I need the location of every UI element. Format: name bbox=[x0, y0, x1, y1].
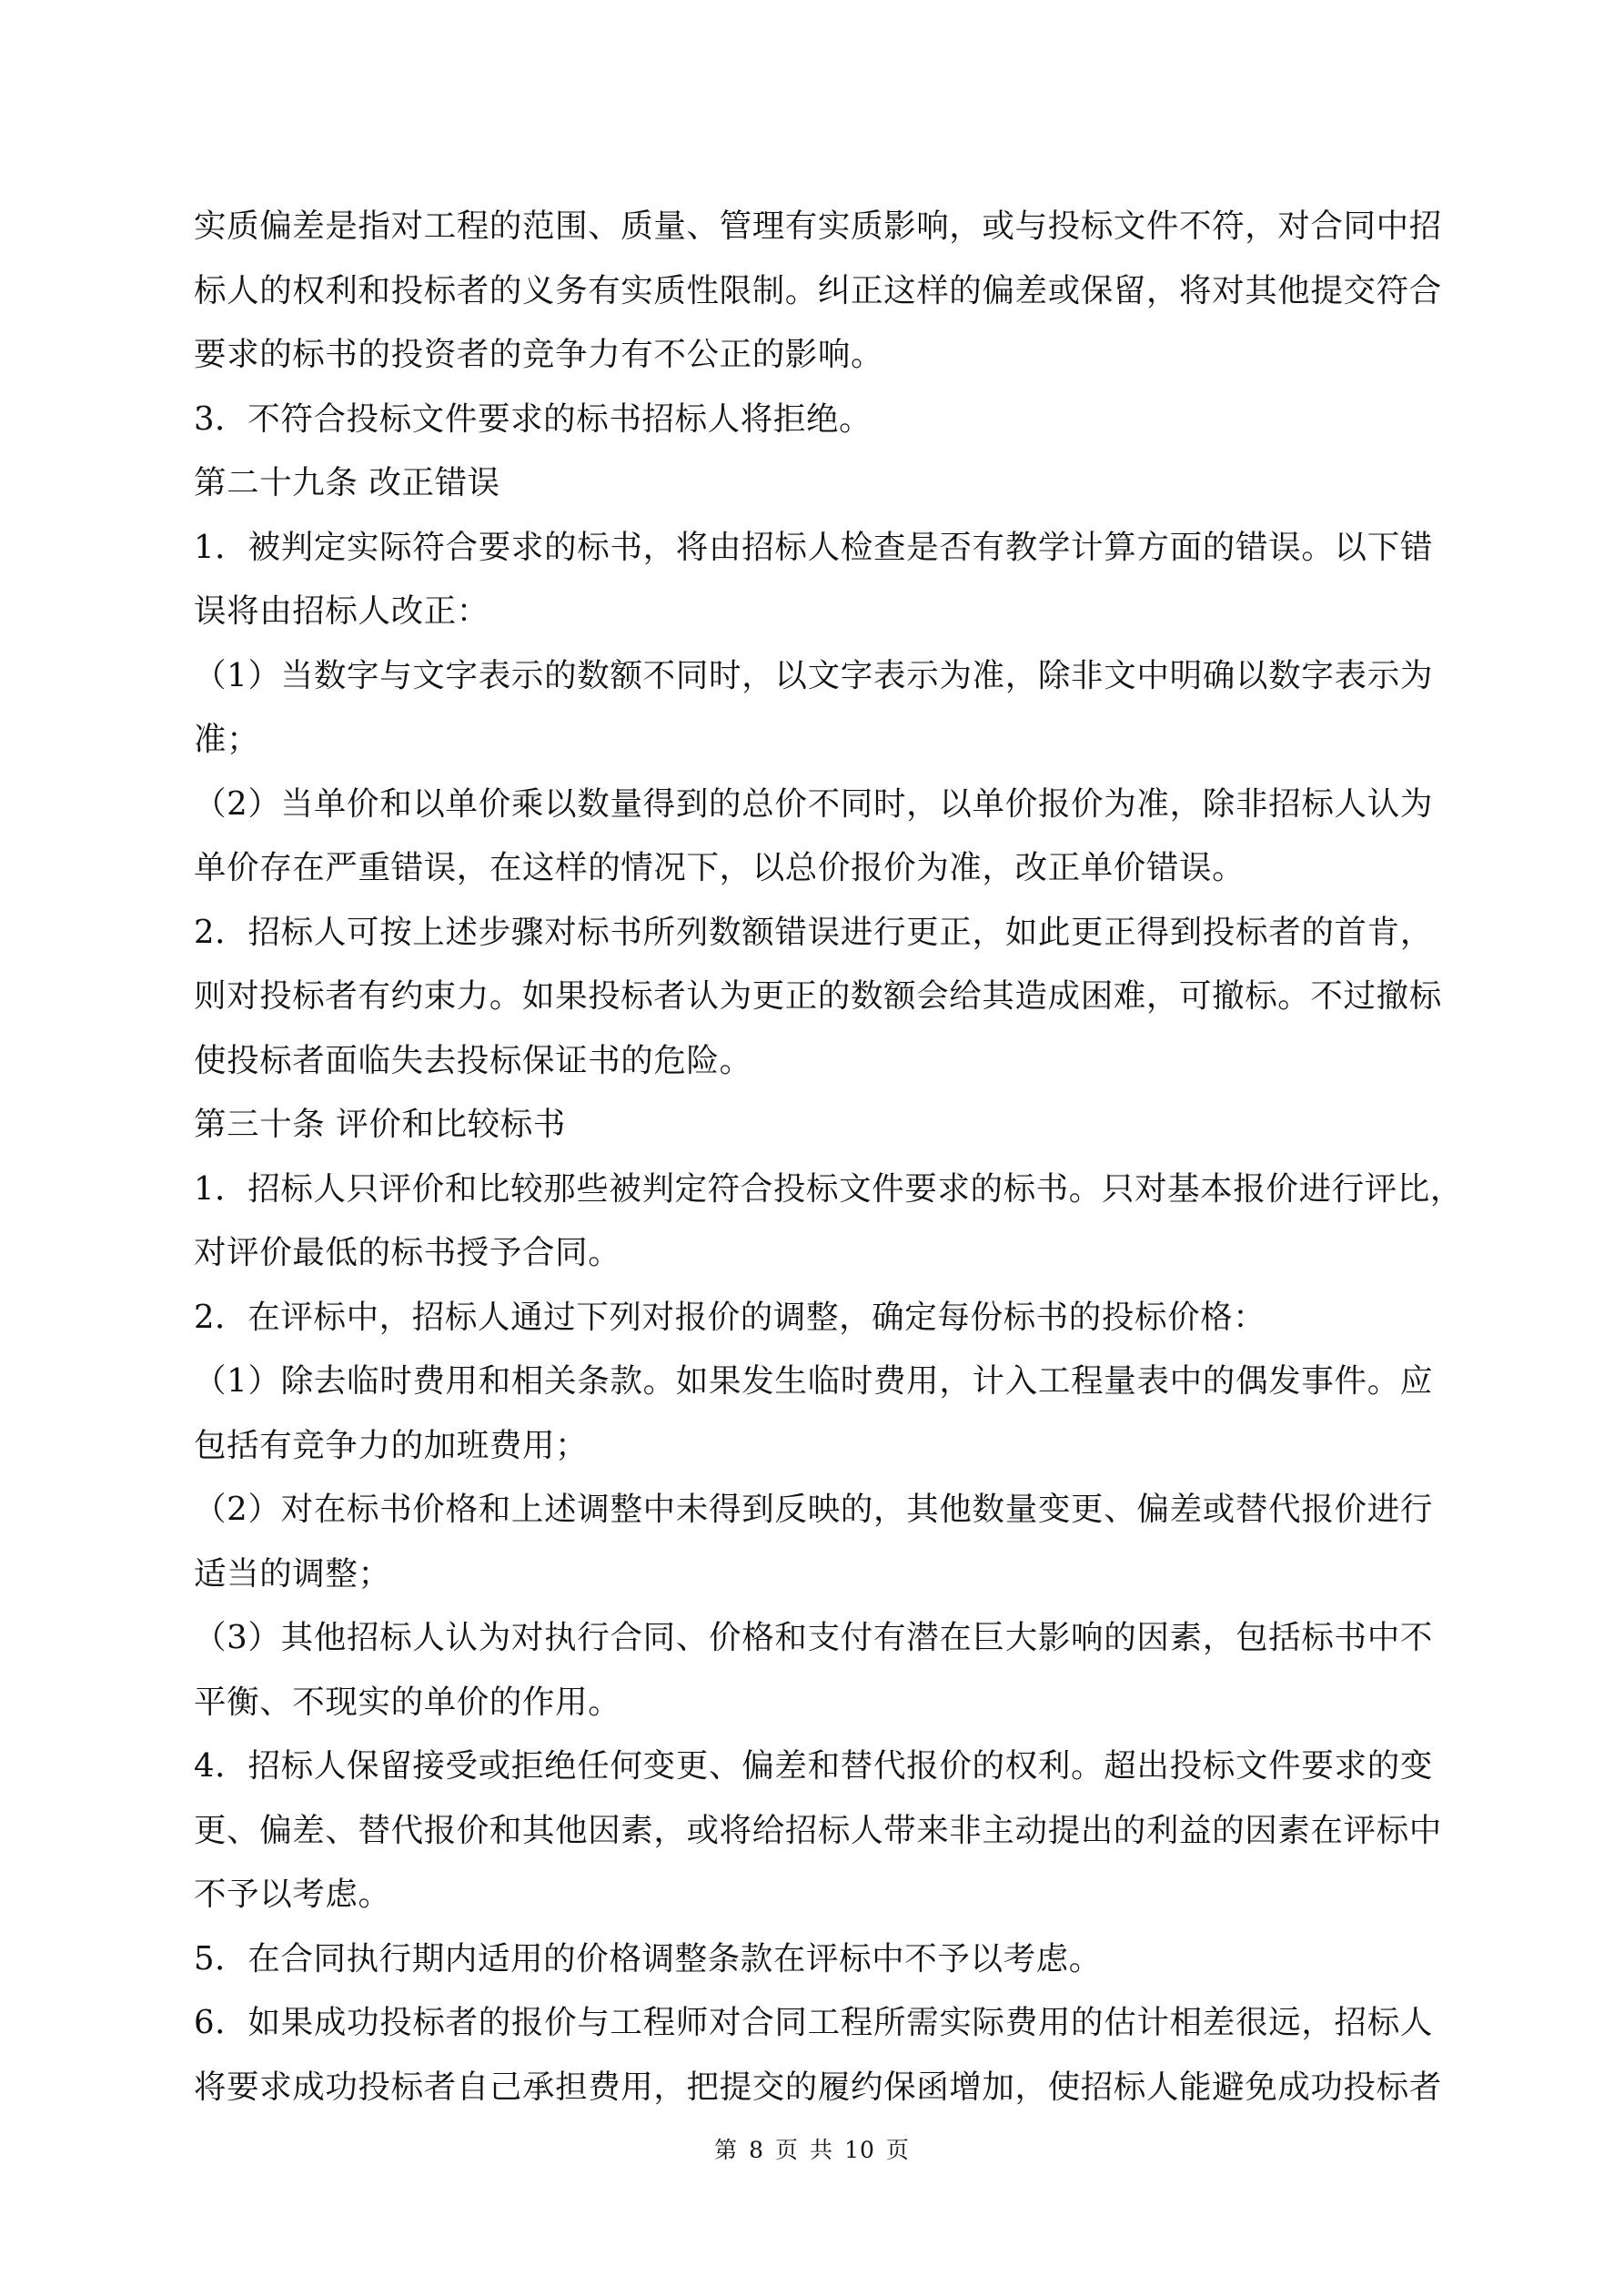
text-line: 适当的调整； bbox=[194, 1542, 1433, 1607]
text-line: （2）当单价和以单价乘以数量得到的总价不同时，以单价报价为准，除非招标人认为 bbox=[194, 773, 1433, 837]
footer-suffix: 页 bbox=[886, 2137, 910, 2163]
text-line: 使投标者面临失去投标保证书的危险。 bbox=[194, 1029, 1433, 1094]
text-line: 1．招标人只评价和比较那些被判定符合投标文件要求的标书。只对基本报价进行评比， bbox=[194, 1158, 1433, 1222]
text-line: 则对投标者有约束力。如果投标者认为更正的数额会给其造成困难，可撤标。不过撤标 bbox=[194, 965, 1433, 1029]
text-line: 单价存在严重错误，在这样的情况下，以总价报价为准，改正单价错误。 bbox=[194, 836, 1433, 901]
document-page: 实质偏差是指对工程的范围、质量、管理有实质影响，或与投标文件不符，对合同中招 标… bbox=[0, 0, 1624, 2296]
text-line: 包括有竞争力的加班费用； bbox=[194, 1414, 1433, 1479]
text-line: 要求的标书的投资者的竞争力有不公正的影响。 bbox=[194, 323, 1433, 388]
text-line: 准； bbox=[194, 708, 1433, 773]
footer-prefix: 第 bbox=[714, 2137, 738, 2163]
footer-total-prefix: 共 bbox=[810, 2137, 833, 2163]
text-line: 3．不符合投标文件要求的标书招标人将拒绝。 bbox=[194, 388, 1433, 452]
text-line: 平衡、不现实的单价的作用。 bbox=[194, 1671, 1433, 1735]
text-line: 2．在评标中，招标人通过下列对报价的调整，确定每份标书的投标价格： bbox=[194, 1286, 1433, 1350]
text-line: （3）其他招标人认为对执行合同、价格和支付有潜在巨大影响的因素，包括标书中不 bbox=[194, 1606, 1433, 1671]
total-pages-number: 10 bbox=[844, 2137, 875, 2163]
footer-page-word: 页 bbox=[775, 2137, 799, 2163]
text-line: 误将由招标人改正： bbox=[194, 580, 1433, 644]
page-footer: 第8页共10页 bbox=[0, 2132, 1624, 2169]
text-line: 4．招标人保留接受或拒绝任何变更、偏差和替代报价的权利。超出投标文件要求的变 bbox=[194, 1735, 1433, 1799]
text-line: 将要求成功投标者自己承担费用，把提交的履约保函增加，使招标人能避免成功投标者 bbox=[194, 2056, 1433, 2120]
article-heading: 第二十九条 改正错误 bbox=[194, 451, 1433, 516]
current-page-number: 8 bbox=[749, 2137, 764, 2163]
text-line: 不予以考虑。 bbox=[194, 1863, 1433, 1927]
text-line: 更、偏差、替代报价和其他因素，或将给招标人带来非主动提出的利益的因素在评标中 bbox=[194, 1799, 1433, 1864]
text-line: 5．在合同执行期内适用的价格调整条款在评标中不予以考虑。 bbox=[194, 1927, 1433, 1992]
text-line: （1）当数字与文字表示的数额不同时，以文字表示为准，除非文中明确以数字表示为 bbox=[194, 644, 1433, 709]
document-body: 实质偏差是指对工程的范围、质量、管理有实质影响，或与投标文件不符，对合同中招 标… bbox=[194, 195, 1433, 2119]
text-line: 对评价最低的标书授予合同。 bbox=[194, 1221, 1433, 1286]
text-line: （2）对在标书价格和上述调整中未得到反映的，其他数量变更、偏差或替代报价进行 bbox=[194, 1478, 1433, 1542]
text-line: （1）除去临时费用和相关条款。如果发生临时费用，计入工程量表中的偶发事件。应 bbox=[194, 1350, 1433, 1414]
text-line: 实质偏差是指对工程的范围、质量、管理有实质影响，或与投标文件不符，对合同中招 bbox=[194, 195, 1433, 259]
text-line: 1．被判定实际符合要求的标书，将由招标人检查是否有教学计算方面的错误。以下错 bbox=[194, 516, 1433, 581]
text-line: 标人的权利和投标者的义务有实质性限制。纠正这样的偏差或保留，将对其他提交符合 bbox=[194, 259, 1433, 324]
text-line: 6．如果成功投标者的报价与工程师对合同工程所需实际费用的估计相差很远，招标人 bbox=[194, 1991, 1433, 2056]
text-line: 2．招标人可按上述步骤对标书所列数额错误进行更正，如此更正得到投标者的首肯， bbox=[194, 901, 1433, 966]
article-heading: 第三十条 评价和比较标书 bbox=[194, 1093, 1433, 1158]
